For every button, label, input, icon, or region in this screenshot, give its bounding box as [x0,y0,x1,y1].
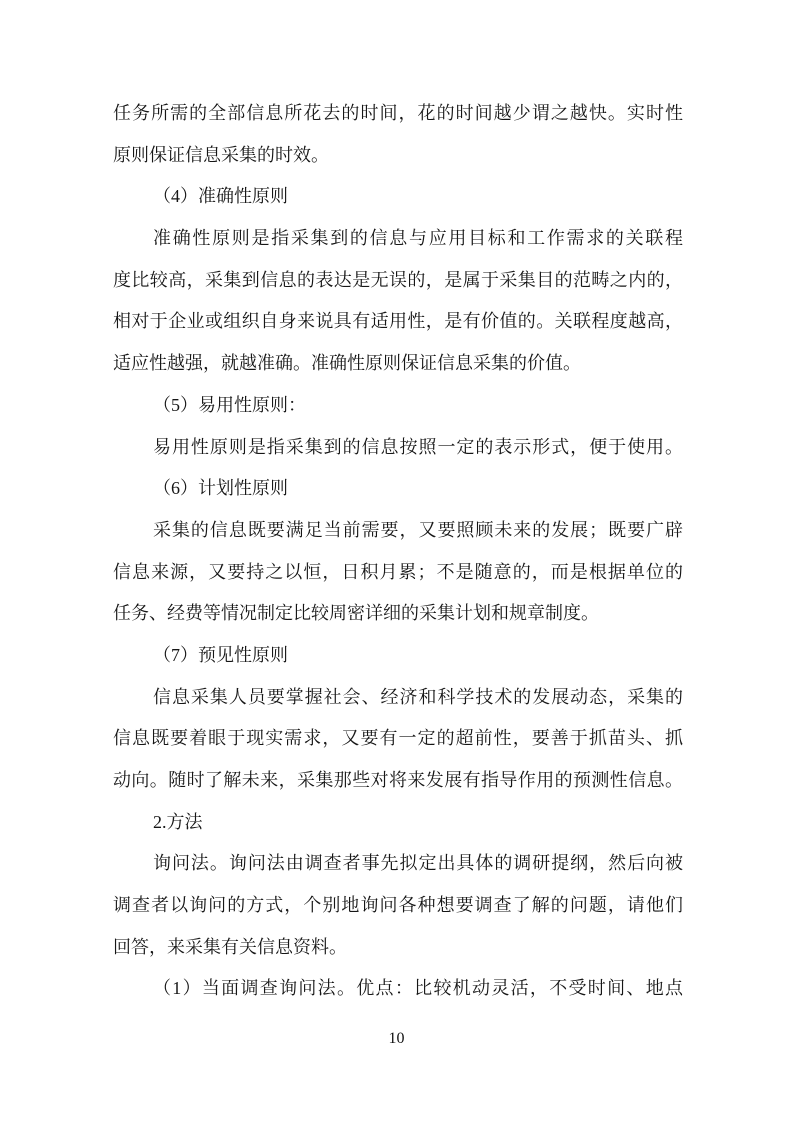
text-line: 任务、经费等情况制定比较周密详细的采集计划和规章制度。 [113,593,683,635]
heading-line: （7）预见性原则 [113,635,683,677]
text-line: 动向。随时了解未来，采集那些对将来发展有指导作用的预测性信息。 [113,760,683,802]
text-line: 度比较高，采集到信息的表达是无误的，是属于采集目的范畴之内的， [113,260,683,302]
text-line: 回答，来采集有关信息资料。 [113,927,683,969]
text-line: 采集的信息既要满足当前需要，又要照顾未来的发展；既要广辟 [113,510,683,552]
text-line: 任务所需的全部信息所花去的时间，花的时间越少谓之越快。实时性 [113,93,683,135]
text-line: （1）当面调查询问法。优点：比较机动灵活，不受时间、地点 [113,968,683,1010]
heading-line: （4）准确性原则 [113,176,683,218]
text-line: 信息采集人员要掌握社会、经济和科学技术的发展动态，采集的 [113,677,683,719]
text-line: 信息既要着眼于现实需求，又要有一定的超前性，要善于抓苗头、抓 [113,718,683,760]
text-line: 信息来源，又要持之以恒，日积月累；不是随意的，而是根据单位的 [113,552,683,594]
text-line: 适应性越强，就越准确。准确性原则保证信息采集的价值。 [113,343,683,385]
page-number: 10 [0,1028,793,1050]
text-line: 调查者以询问的方式，个别地询问各种想要调查了解的问题，请他们 [113,885,683,927]
heading-line: （5）易用性原则： [113,385,683,427]
heading-line: 2.方法 [113,802,683,844]
text-line: 准确性原则是指采集到的信息与应用目标和工作需求的关联程 [113,218,683,260]
document-page: 任务所需的全部信息所花去的时间，花的时间越少谓之越快。实时性 原则保证信息采集的… [0,0,793,1122]
text-line: 询问法。询问法由调查者事先拟定出具体的调研提纲，然后向被 [113,843,683,885]
text-line: 原则保证信息采集的时效。 [113,135,683,177]
text-block: 任务所需的全部信息所花去的时间，花的时间越少谓之越快。实时性 原则保证信息采集的… [113,93,683,1010]
text-line: 易用性原则是指采集到的信息按照一定的表示形式，便于使用。 [113,427,683,469]
text-line: 相对于企业或组织自身来说具有适用性，是有价值的。关联程度越高， [113,301,683,343]
heading-line: （6）计划性原则 [113,468,683,510]
